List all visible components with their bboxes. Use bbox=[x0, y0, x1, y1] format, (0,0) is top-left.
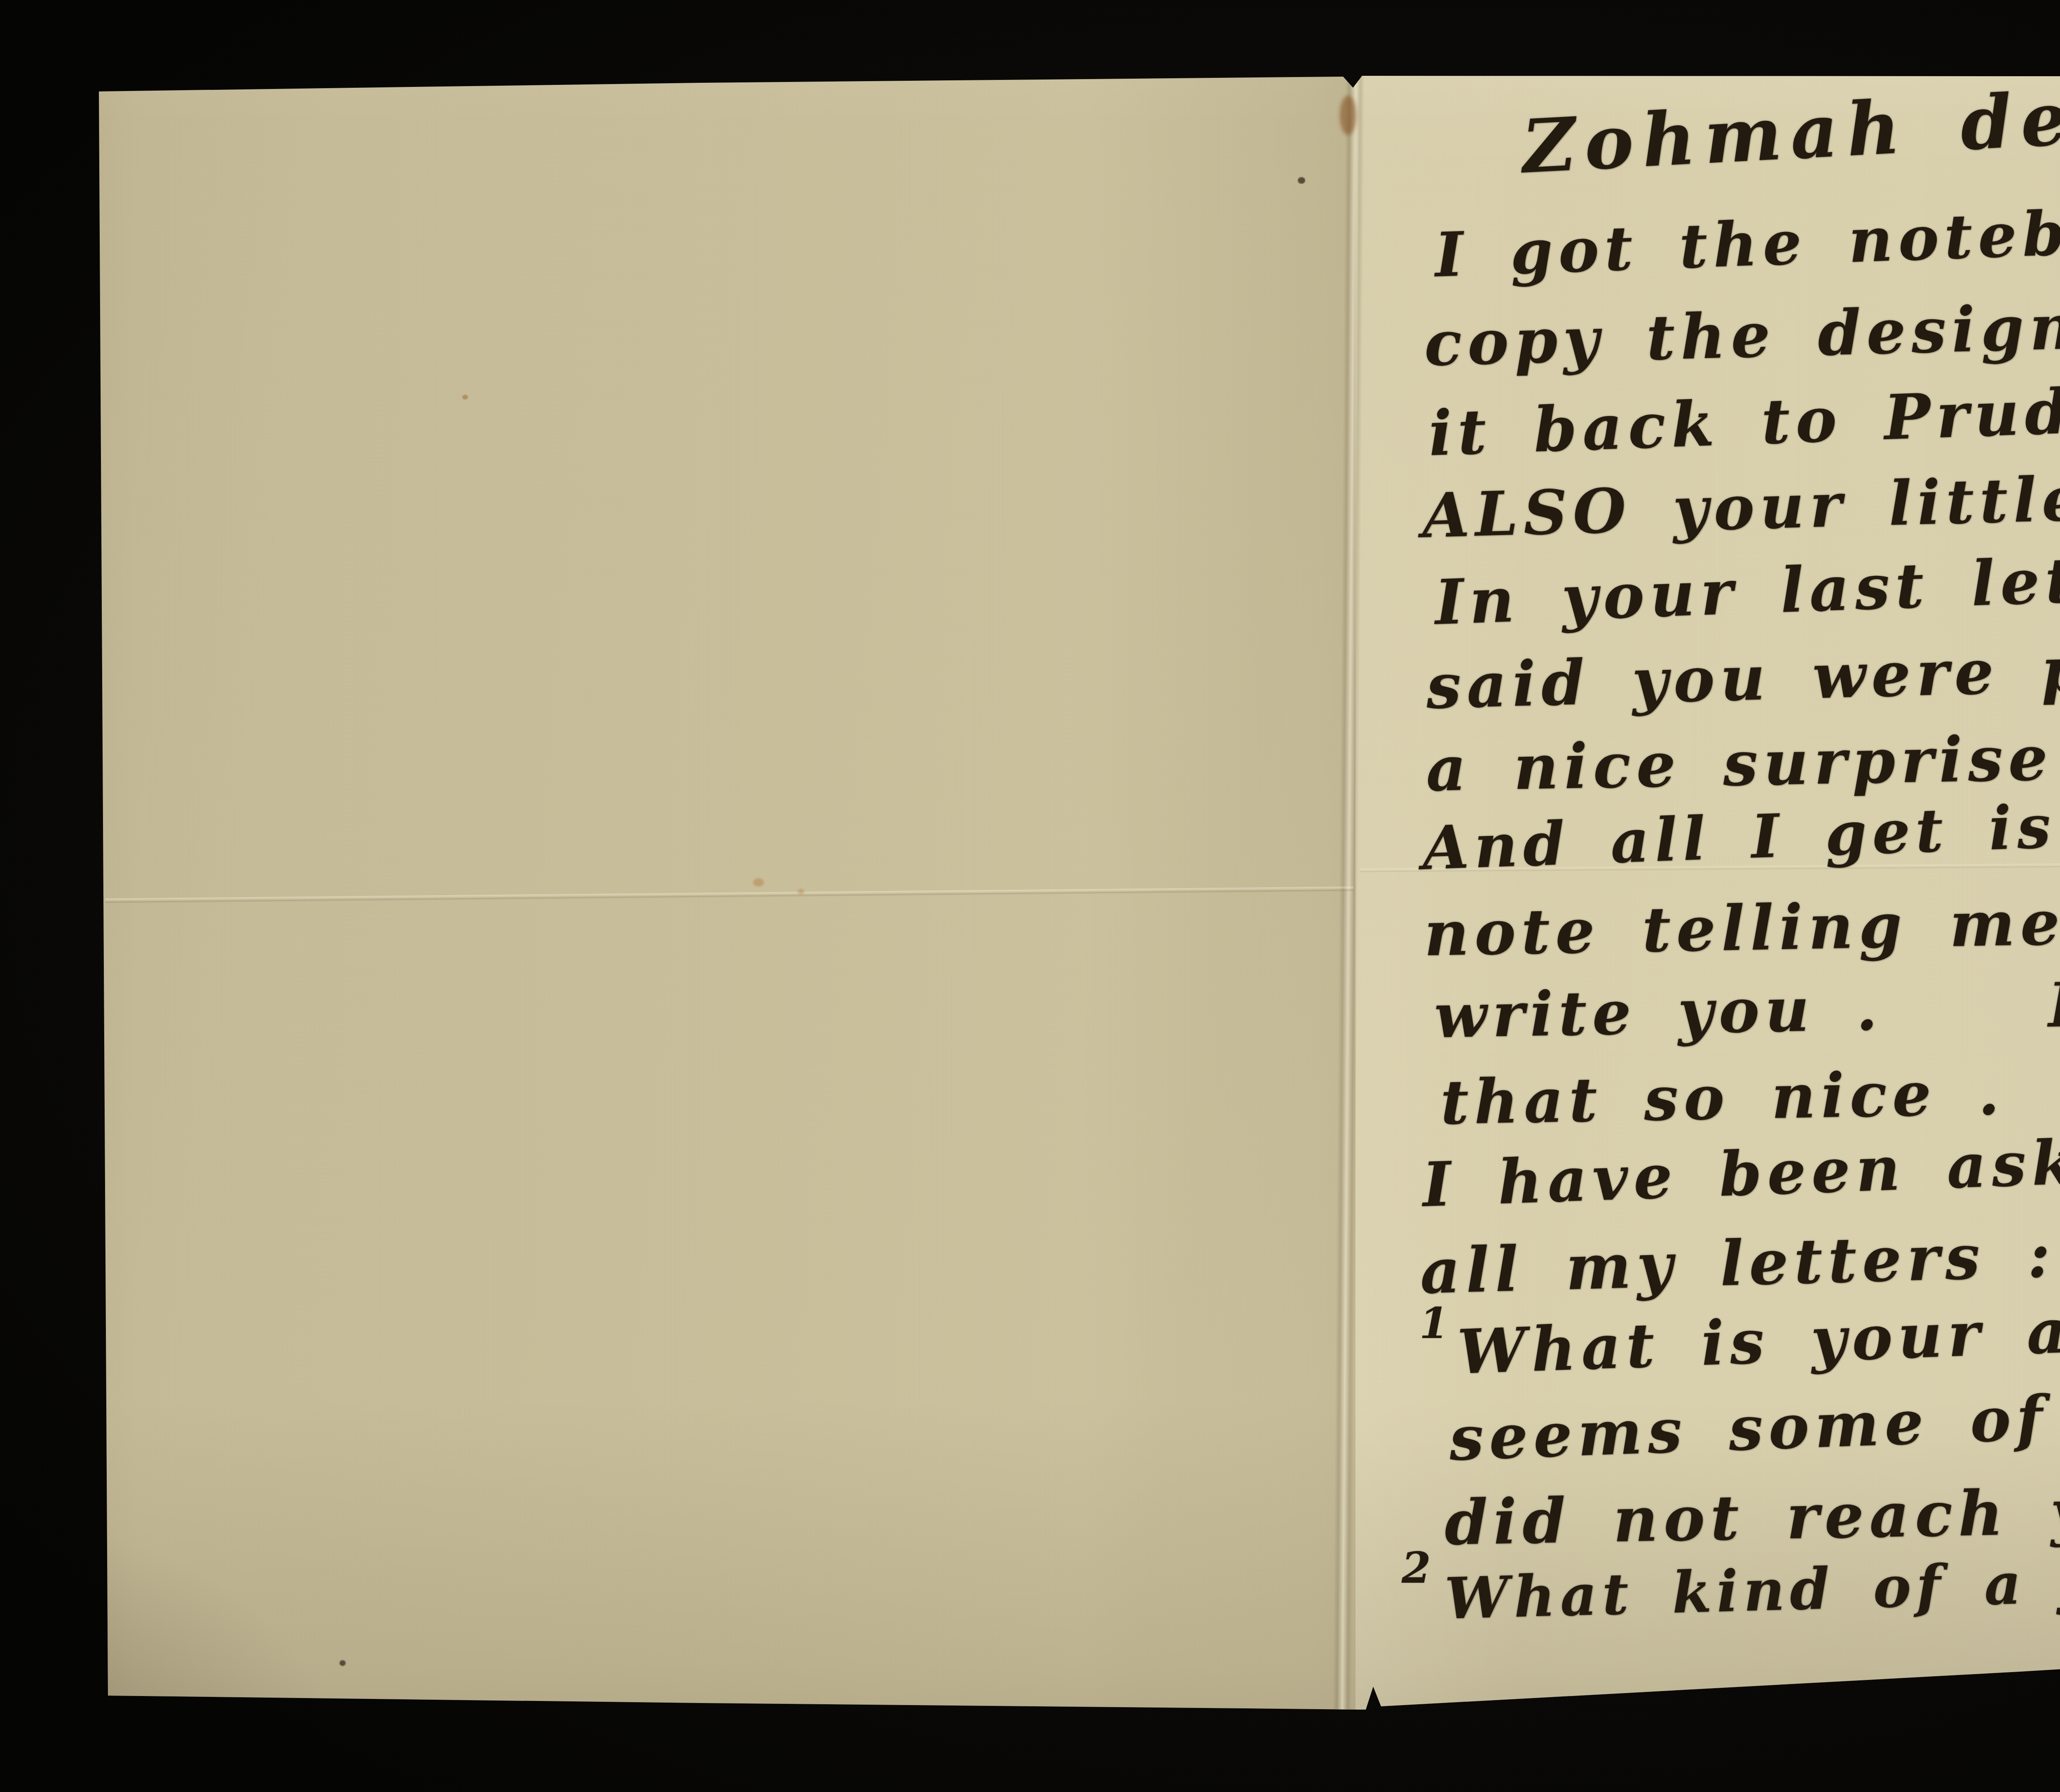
list-number: 1 bbox=[1419, 1303, 1449, 1345]
letter-line: that so nice . bbox=[1440, 1062, 2005, 1133]
letter-line: note telling me not to bbox=[1423, 887, 2060, 965]
foxing-spot bbox=[462, 395, 468, 400]
photo-background: Zohmah dear 8/31/34 I got the notebook .… bbox=[0, 0, 2060, 1792]
fold-rust-stain bbox=[1340, 96, 1356, 135]
letter-line: a nice surprise for me, bbox=[1426, 721, 2060, 800]
letter-line: did not reach you . ) bbox=[1444, 1476, 2060, 1554]
letter-line: all my letters : bbox=[1419, 1224, 2056, 1303]
rust-speck bbox=[798, 889, 804, 894]
list-number: 2 bbox=[1402, 1547, 1431, 1589]
rust-speck bbox=[753, 878, 764, 887]
letter-paper: Zohmah dear 8/31/34 I got the notebook .… bbox=[0, 0, 2060, 1792]
paper-speck bbox=[1298, 177, 1305, 184]
paper-speck bbox=[339, 1660, 346, 1666]
